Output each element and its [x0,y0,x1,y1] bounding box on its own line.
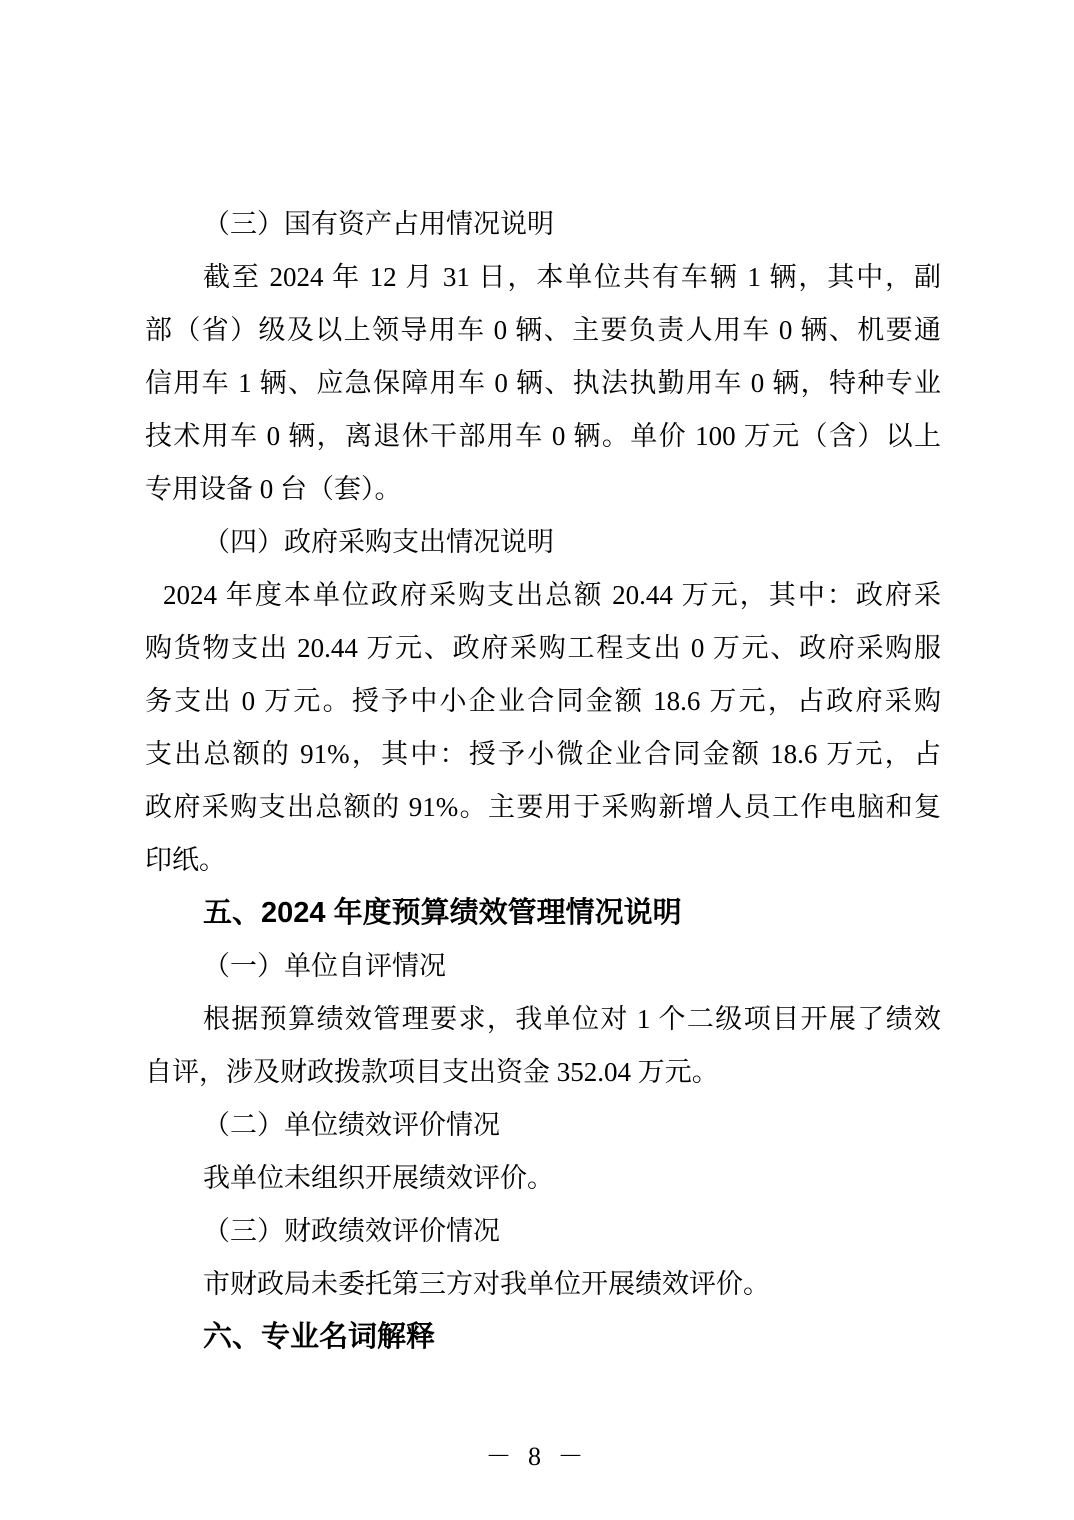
paragraph-line: 支出总额的 91%，其中：授予小微企业合同金额 18.6 万元，占 [145,728,941,781]
section-heading: 五、2024 年度预算绩效管理情况说明 [145,887,941,940]
document-page: （三）国有资产占用情况说明截至 2024 年 12 月 31 日，本单位共有车辆… [0,0,1074,1520]
paragraph-line: 自评，涉及财政拨款项目支出资金 352.04 万元。 [145,1046,941,1099]
paragraph-line: 信用车 1 辆、应急保障用车 0 辆、执法执勤用车 0 辆，特种专业 [145,357,941,410]
paragraph-line: 2024 年度本单位政府采购支出总额 20.44 万元，其中：政府采 [145,569,941,622]
sub-heading: （三）国有资产占用情况说明 [145,198,941,251]
paragraph-line: 印纸。 [145,834,941,887]
paragraph: 市财政局未委托第三方对我单位开展绩效评价。 [145,1258,941,1311]
page-number: － 8 － [0,1436,1074,1473]
paragraph-line: 务支出 0 万元。授予中小企业合同金额 18.6 万元，占政府采购 [145,675,941,728]
paragraph-line: 政府采购支出总额的 91%。主要用于采购新增人员工作电脑和复 [145,781,941,834]
sub-heading: （四）政府采购支出情况说明 [145,516,941,569]
paragraph: 我单位未组织开展绩效评价。 [145,1152,941,1205]
paragraph: 截至 2024 年 12 月 31 日，本单位共有车辆 1 辆，其中，副部（省）… [145,251,941,516]
document-body: （三）国有资产占用情况说明截至 2024 年 12 月 31 日，本单位共有车辆… [145,198,941,1364]
paragraph: 根据预算绩效管理要求，我单位对 1 个二级项目开展了绩效自评，涉及财政拨款项目支… [145,993,941,1099]
paragraph-line: 技术用车 0 辆，离退休干部用车 0 辆。单价 100 万元（含）以上 [145,410,941,463]
paragraph-line: 截至 2024 年 12 月 31 日，本单位共有车辆 1 辆，其中，副 [145,251,941,304]
paragraph-line: 我单位未组织开展绩效评价。 [145,1152,941,1205]
section-heading: 六、专业名词解释 [145,1311,941,1364]
paragraph-line: 市财政局未委托第三方对我单位开展绩效评价。 [145,1258,941,1311]
paragraph-line: 购货物支出 20.44 万元、政府采购工程支出 0 万元、政府采购服 [145,622,941,675]
paragraph-line: 部（省）级及以上领导用车 0 辆、主要负责人用车 0 辆、机要通 [145,304,941,357]
paragraph: 2024 年度本单位政府采购支出总额 20.44 万元，其中：政府采购货物支出 … [145,569,941,887]
paragraph-line: 根据预算绩效管理要求，我单位对 1 个二级项目开展了绩效 [145,993,941,1046]
sub-heading: （一）单位自评情况 [145,940,941,993]
sub-heading: （三）财政绩效评价情况 [145,1205,941,1258]
sub-heading: （二）单位绩效评价情况 [145,1099,941,1152]
paragraph-line: 专用设备 0 台（套）。 [145,463,941,516]
